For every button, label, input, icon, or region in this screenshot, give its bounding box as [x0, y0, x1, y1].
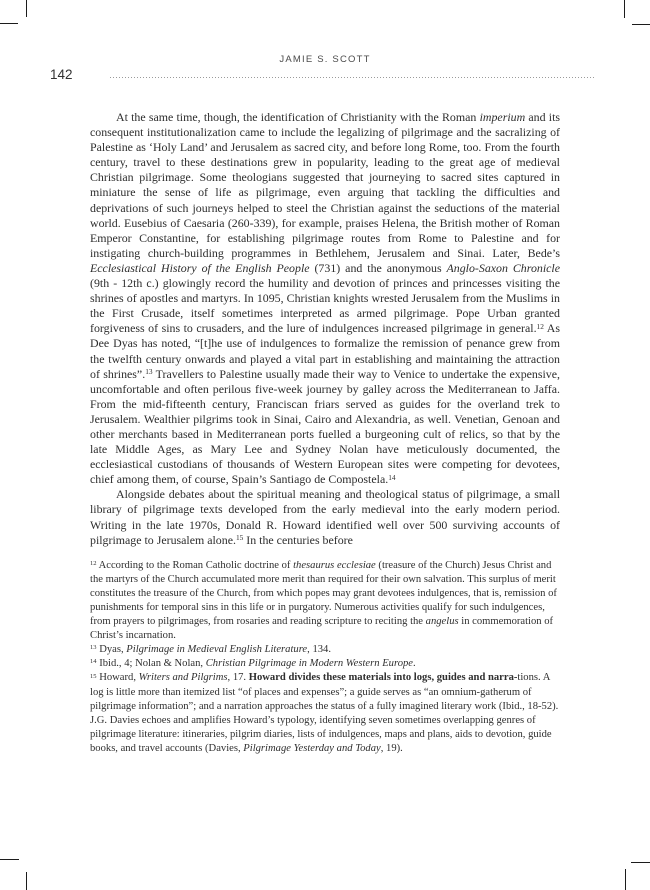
page-number: 142	[50, 67, 73, 82]
footnote-block: 12 According to the Roman Catholic doctr…	[90, 559, 560, 756]
text-column: At the same time, though, the identifica…	[90, 110, 560, 756]
crop-mark-top-left-vertical	[26, 0, 27, 17]
footnote: 13 Dyas, Pilgrimage in Medieval English …	[90, 643, 560, 657]
book-page: JAMIE S. SCOTT 142 At the same time, tho…	[0, 0, 650, 890]
body-text: At the same time, though, the identifica…	[90, 110, 560, 548]
running-head-author: JAMIE S. SCOTT	[0, 54, 650, 65]
crop-mark-bottom-right-vertical	[625, 869, 626, 890]
body-paragraph: At the same time, though, the identifica…	[90, 110, 560, 487]
crop-mark-bottom-left-vertical	[26, 872, 27, 890]
footnote: 15 Howard, Writers and Pilgrims, 17. How…	[90, 671, 560, 756]
footnote: 14 Ibid., 4; Nolan & Nolan, Christian Pi…	[90, 657, 560, 671]
dotted-header-rule	[110, 77, 594, 78]
crop-mark-bottom-left-horizontal	[0, 859, 19, 860]
crop-mark-top-right-vertical	[624, 0, 625, 18]
crop-mark-bottom-right-horizontal	[631, 862, 650, 863]
footnote: 12 According to the Roman Catholic doctr…	[90, 559, 560, 644]
crop-mark-top-right-horizontal	[632, 24, 650, 25]
crop-mark-top-left-horizontal	[0, 23, 18, 24]
body-paragraph: Alongside debates about the spiritual me…	[90, 487, 560, 547]
